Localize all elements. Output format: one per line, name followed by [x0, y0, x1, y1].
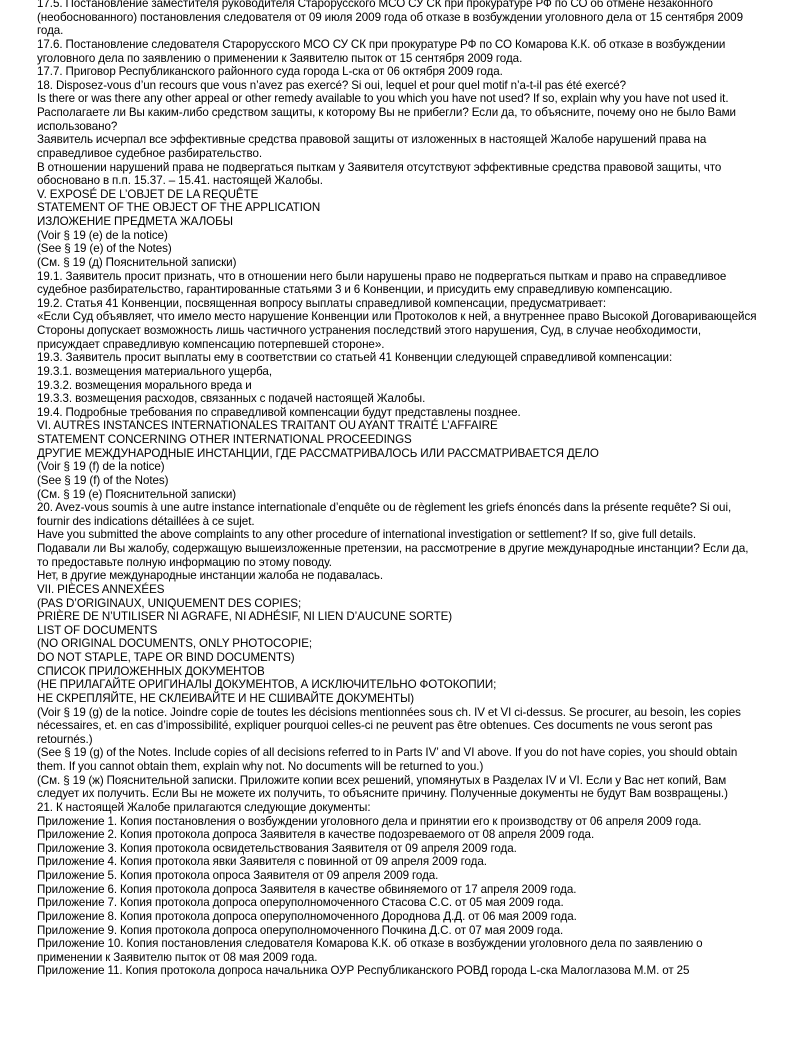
document-paragraph: Приложение 8. Копия протокола допроса оп…: [37, 910, 759, 924]
document-paragraph: VI. AUTRES INSTANCES INTERNATIONALES TRA…: [37, 419, 759, 433]
document-paragraph: ИЗЛОЖЕНИЕ ПРЕДМЕТА ЖАЛОБЫ: [37, 215, 759, 229]
document-paragraph: Приложение 2. Копия протокола допроса За…: [37, 828, 759, 842]
document-paragraph: DO NOT STAPLE, TAPE OR BIND DOCUMENTS): [37, 651, 759, 665]
document-paragraph: 20. Avez-vous soumis à une autre instanc…: [37, 501, 759, 528]
document-paragraph: Нет, в другие международные инстанции жа…: [37, 569, 759, 583]
document-paragraph: LIST OF DOCUMENTS: [37, 624, 759, 638]
document-paragraph: «Если Суд объявляет, что имело место нар…: [37, 310, 759, 351]
document-paragraph: (NO ORIGINAL DOCUMENTS, ONLY PHOTOCOPIE;: [37, 637, 759, 651]
document-paragraph: 17.7. Приговор Республиканского районног…: [37, 65, 759, 79]
document-paragraph: (См. § 19 (д) Пояснительной записки): [37, 256, 759, 270]
document-paragraph: V. EXPOSÉ DE L’OBJET DE LA REQUÊTE: [37, 188, 759, 202]
document-paragraph: Приложение 7. Копия протокола допроса оп…: [37, 896, 759, 910]
document-paragraph: Приложение 9. Копия протокола допроса оп…: [37, 924, 759, 938]
document-paragraph: Приложение 11. Копия протокола допроса н…: [37, 964, 759, 978]
document-paragraph: (См. § 19 (е) Пояснительной записки): [37, 488, 759, 502]
document-paragraph: В отношении нарушений права не подвергат…: [37, 161, 759, 188]
document-paragraph: 17.5. Постановление заместителя руководи…: [37, 0, 759, 38]
document-paragraph: 21. К настоящей Жалобе прилагаются следу…: [37, 801, 759, 815]
document-paragraph: STATEMENT CONCERNING OTHER INTERNATIONAL…: [37, 433, 759, 447]
document-paragraph: VII. PIÈCES ANNEXÉES: [37, 583, 759, 597]
document-paragraph: 19.3.3. возмещения расходов, связанных с…: [37, 392, 759, 406]
document-paragraph: Приложение 5. Копия протокола опроса Зая…: [37, 869, 759, 883]
document-page: 17.5. Постановление заместителя руководи…: [37, 0, 759, 978]
document-paragraph: Подавали ли Вы жалобу, содержащую вышеиз…: [37, 542, 759, 569]
document-paragraph: Располагаете ли Вы каким-либо средством …: [37, 106, 759, 133]
document-paragraph: ДРУГИЕ МЕЖДУНАРОДНЫЕ ИНСТАНЦИИ, ГДЕ РАСС…: [37, 447, 759, 461]
document-paragraph: (See § 19 (g) of the Notes. Include copi…: [37, 746, 759, 773]
document-paragraph: СПИСОК ПРИЛОЖЕННЫХ ДОКУМЕНТОВ: [37, 665, 759, 679]
document-paragraph: 19.1. Заявитель просит признать, что в о…: [37, 270, 759, 297]
document-paragraph: (Voir § 19 (e) de la notice): [37, 229, 759, 243]
document-paragraph: (See § 19 (f) of the Notes): [37, 474, 759, 488]
document-paragraph: 17.6. Постановление следователя Старорус…: [37, 38, 759, 65]
document-paragraph: Приложение 1. Копия постановления о возб…: [37, 815, 759, 829]
document-paragraph: (См. § 19 (ж) Пояснительной записки. При…: [37, 774, 759, 801]
document-paragraph: Приложение 10. Копия постановления следо…: [37, 937, 759, 964]
document-paragraph: (Voir § 19 (f) de la notice): [37, 460, 759, 474]
document-paragraph: STATEMENT OF THE OBJECT OF THE APPLICATI…: [37, 201, 759, 215]
document-paragraph: 19.3.1. возмещения материального ущерба,: [37, 365, 759, 379]
document-paragraph: (PAS D’ORIGINAUX, UNIQUEMENT DES COPIES;: [37, 597, 759, 611]
document-paragraph: Is there or was there any other appeal o…: [37, 92, 759, 106]
document-paragraph: 19.3. Заявитель просит выплаты ему в соо…: [37, 351, 759, 365]
document-paragraph: PRIÈRE DE N’UTILISER NI AGRAFE, NI ADHÉS…: [37, 610, 759, 624]
document-paragraph: Заявитель исчерпал все эффективные средс…: [37, 133, 759, 160]
document-paragraph: 19.2. Статья 41 Конвенции, посвященная в…: [37, 297, 759, 311]
document-paragraph: (Voir § 19 (g) de la notice. Joindre cop…: [37, 706, 759, 747]
document-paragraph: Have you submitted the above complaints …: [37, 528, 759, 542]
document-paragraph: Приложение 3. Копия протокола освидетель…: [37, 842, 759, 856]
document-paragraph: Приложение 6. Копия протокола допроса За…: [37, 883, 759, 897]
document-paragraph: НЕ СКРЕПЛЯЙТЕ, НЕ СКЛЕИВАЙТЕ И НЕ СШИВАЙ…: [37, 692, 759, 706]
document-paragraph: 19.4. Подробные требования по справедлив…: [37, 406, 759, 420]
document-paragraph: 19.3.2. возмещения морального вреда и: [37, 379, 759, 393]
document-paragraph: 18. Disposez-vous d’un recours que vous …: [37, 79, 759, 93]
document-paragraph: (See § 19 (e) of the Notes): [37, 242, 759, 256]
document-paragraph: Приложение 4. Копия протокола явки Заяви…: [37, 855, 759, 869]
document-paragraph: (НЕ ПРИЛАГАЙТЕ ОРИГИНАЛЫ ДОКУМЕНТОВ, А И…: [37, 678, 759, 692]
